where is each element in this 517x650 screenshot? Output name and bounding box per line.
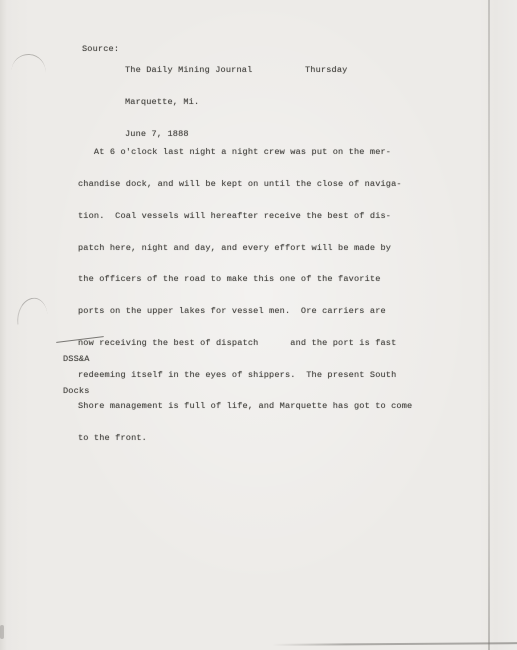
- body-line: to the front.: [78, 433, 412, 444]
- body-line: redeeming itself in the eyes of shippers…: [78, 370, 412, 381]
- body-line: Shore management is full of life, and Ma…: [78, 401, 412, 412]
- scanned-document-page: Source: The Daily Mining Journal Marquet…: [0, 0, 517, 650]
- body-line: the officers of the road to make this on…: [78, 274, 412, 285]
- page-right-edge-line: [488, 0, 490, 650]
- filing-notation: DSS&A Docks: [63, 333, 90, 418]
- scan-smudge: [0, 625, 4, 639]
- body-line: tion. Coal vessels will hereafter receiv…: [78, 211, 412, 222]
- source-weekday: Thursday: [305, 65, 347, 76]
- body-line: now receiving the best of dispatch and t…: [78, 338, 412, 349]
- pen-mark-middle: [15, 296, 48, 324]
- pen-mark-top: [11, 53, 46, 74]
- article-paragraph: At 6 o'clock last night a night crew was…: [78, 126, 412, 465]
- source-publication: The Daily Mining Journal: [125, 65, 252, 76]
- body-line: At 6 o'clock last night a night crew was…: [78, 147, 412, 158]
- notation-dssa: DSS&A: [63, 354, 90, 365]
- source-location: Marquette, Mi.: [125, 97, 252, 108]
- body-line: patch here, night and day, and every eff…: [78, 243, 412, 254]
- body-line: chandise dock, and will be kept on until…: [78, 179, 412, 190]
- notation-docks: Docks: [63, 386, 90, 397]
- page-bottom-edge-line: [272, 642, 517, 646]
- source-label: Source:: [82, 44, 119, 55]
- body-line: ports on the upper lakes for vessel men.…: [78, 306, 412, 317]
